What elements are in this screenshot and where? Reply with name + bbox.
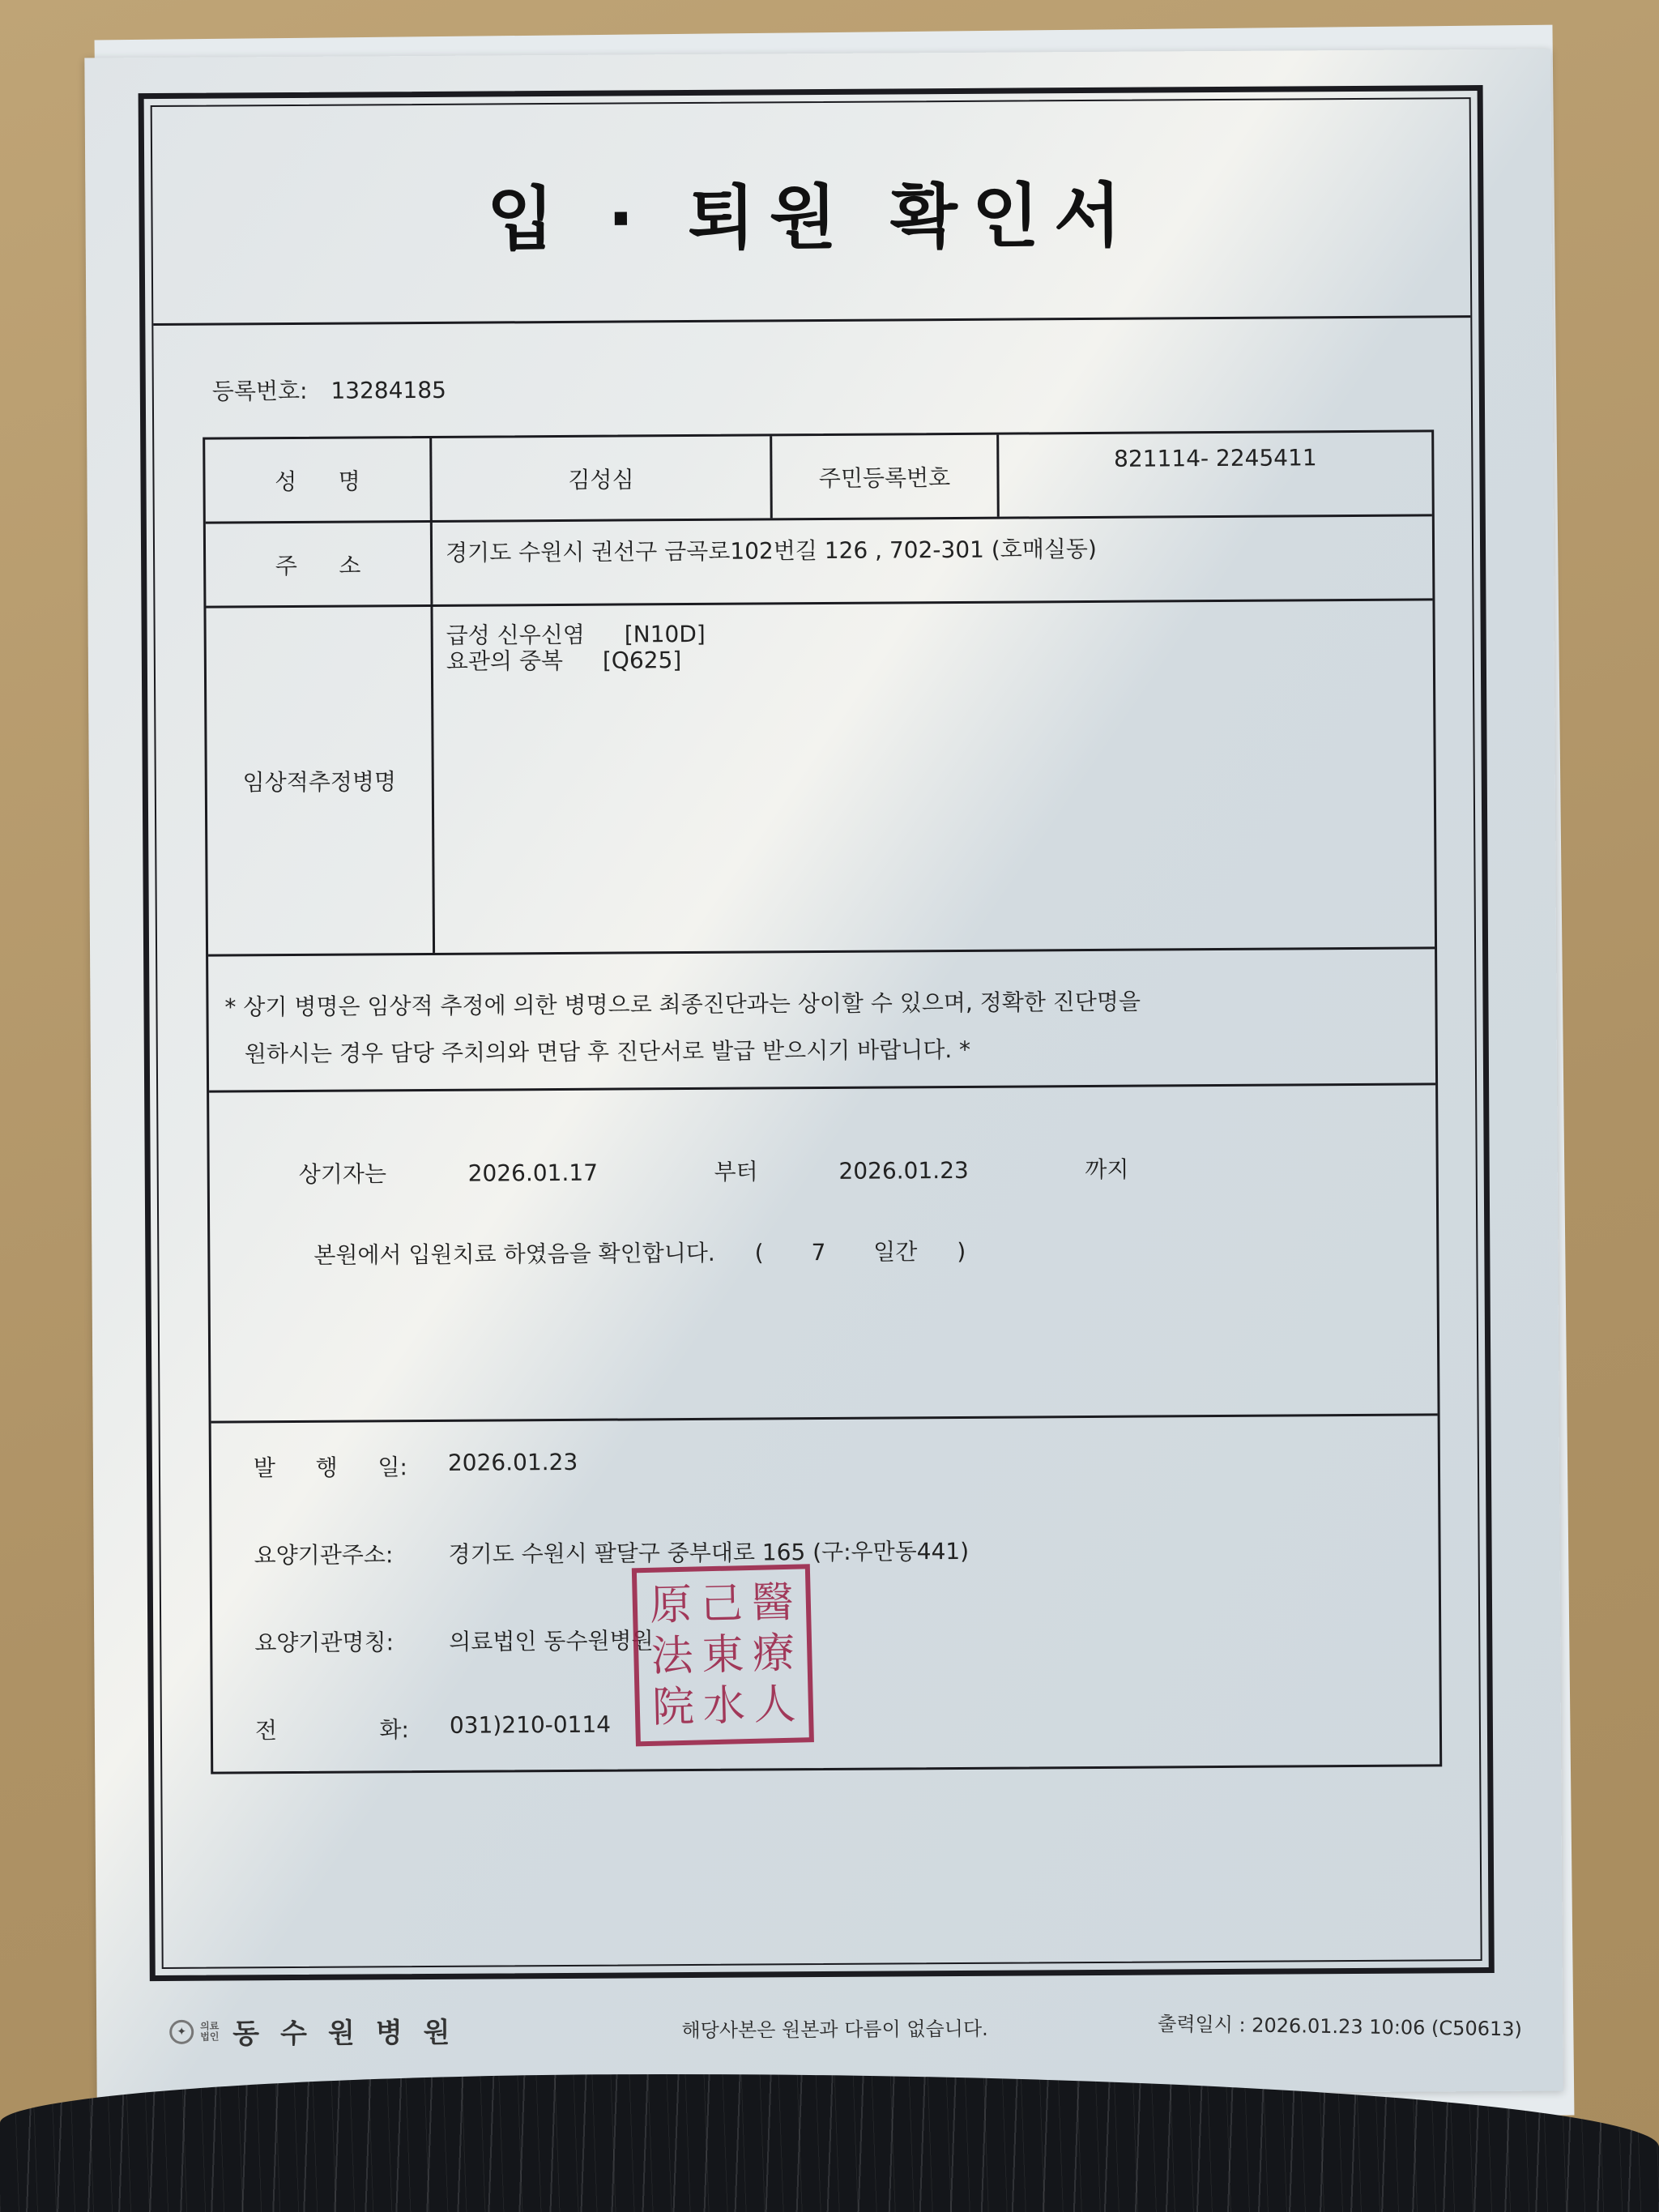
address-value: 경기도 수원시 권선구 금곡로102번길 126 , 702-301 (호매실동… <box>433 516 1433 604</box>
hospital-seal-stamp: 原 己 醫 法 東 療 院 水 人 <box>632 1564 814 1746</box>
name-row: 성 명 김성심 주민등록번호 821114- 2245411 <box>205 432 1432 523</box>
diagnosis-code: [Q625] <box>603 647 682 674</box>
institution-name-label: 요양기관명칭: <box>254 1625 449 1658</box>
institution-name: 의료법인 동수원병원 <box>449 1623 654 1657</box>
diagnosis-item: 요관의 중복 [Q625] <box>446 647 682 675</box>
title-row: 입 · 퇴원 확인서 <box>152 99 1471 326</box>
issue-date-label: 발 행 일: <box>254 1450 407 1483</box>
address-row: 주 소 경기도 수원시 권선구 금곡로102번길 126 , 702-301 (… <box>206 516 1433 608</box>
patient-info-table: 성 명 김성심 주민등록번호 821114- 2245411 주 소 경기도 수… <box>203 429 1442 1774</box>
diagnosis-code: [N10D] <box>625 621 706 648</box>
patient-name: 김성심 <box>432 436 773 520</box>
document-footer: ✦ 의료법인 동수원병원 해당사본은 원본과 다름이 없습니다. 출력일시 : … <box>169 2004 1522 2052</box>
admission-period: 상기자는 2026.01.17 부터 2026.01.23 까지 본원에서 입원… <box>209 1087 1130 1421</box>
registration-number: 등록번호: 13284185 <box>212 373 463 407</box>
print-timestamp: 출력일시 : 2026.01.23 10:06 (C50613) <box>1158 2008 1522 2042</box>
logo-subtitle: 의료법인 <box>200 2021 226 2042</box>
diagnosis-item: 급성 신우신염 [N10D] <box>446 621 706 649</box>
diagnosis-label: 임상적추정병명 <box>206 607 435 954</box>
confirm-text: 본원에서 입원치료 하였음을 확인합니다. <box>313 1236 715 1270</box>
issue-date: 2026.01.23 <box>448 1449 578 1476</box>
hospital-logo: ✦ 의료법인 동수원병원 <box>169 2010 471 2052</box>
subject-label: 상기자는 <box>299 1156 461 1189</box>
logo-hospital-name: 동수원병원 <box>232 2010 471 2052</box>
diagnosis-list: 급성 신우신염 [N10D] 요관의 중복 [Q625] <box>433 600 1435 953</box>
notice-row: * 상기 병명은 임상적 추정에 의한 병명으로 최종진단과는 상이할 수 있으… <box>208 949 1435 1092</box>
registration-value: 13284185 <box>331 377 446 404</box>
diagnosis-row: 임상적추정병명 급성 신우신염 [N10D] 요관의 중복 [Q625] <box>206 600 1435 956</box>
rrn-value: 821114- 2245411 <box>999 432 1432 516</box>
from-label: 부터 <box>714 1154 831 1187</box>
document-border: 입 · 퇴원 확인서 등록번호: 13284185 성 명 김성심 주민등록번호 <box>139 85 1495 1981</box>
to-label: 까지 <box>1085 1152 1128 1185</box>
admission-certificate-page: 입 · 퇴원 확인서 등록번호: 13284185 성 명 김성심 주민등록번호 <box>84 49 1563 2099</box>
admission-days: 7 <box>811 1239 825 1266</box>
registration-label: 등록번호: <box>212 378 308 405</box>
admission-start-date: 2026.01.17 <box>468 1159 707 1187</box>
photo-scene: 입 · 퇴원 확인서 등록번호: 13284185 성 명 김성심 주민등록번호 <box>0 0 1659 2212</box>
copy-notice: 해당사본은 원본과 다름이 없습니다. <box>681 2013 987 2043</box>
discharge-date: 2026.01.23 <box>838 1156 1077 1185</box>
institution-address: 경기도 수원시 팔달구 중부대로 165 (구:우만동441) <box>448 1534 969 1569</box>
days-unit: 일간 <box>873 1234 917 1266</box>
rrn-label: 주민등록번호 <box>772 435 1000 519</box>
address-label: 주 소 <box>206 523 433 606</box>
diagnosis-notice: * 상기 병명은 임상적 추정에 의한 병명으로 최종진단과는 상이할 수 있으… <box>208 950 1157 1090</box>
phone-number: 031)210-0114 <box>450 1711 611 1739</box>
document-title: 입 · 퇴원 확인서 <box>487 159 1137 263</box>
issuer-info: 발 행 일: 2026.01.23 요양기관주소: 경기도 수원시 팔달구 중부… <box>211 1419 970 1772</box>
institution-address-label: 요양기관주소: <box>254 1537 448 1570</box>
hospital-emblem-icon: ✦ <box>169 2019 194 2043</box>
issuer-row: 발 행 일: 2026.01.23 요양기관주소: 경기도 수원시 팔달구 중부… <box>211 1416 1440 1771</box>
phone-label: 전 화: <box>255 1712 409 1745</box>
period-row: 상기자는 2026.01.17 부터 2026.01.23 까지 본원에서 입원… <box>209 1085 1437 1423</box>
name-label: 성 명 <box>205 438 433 522</box>
